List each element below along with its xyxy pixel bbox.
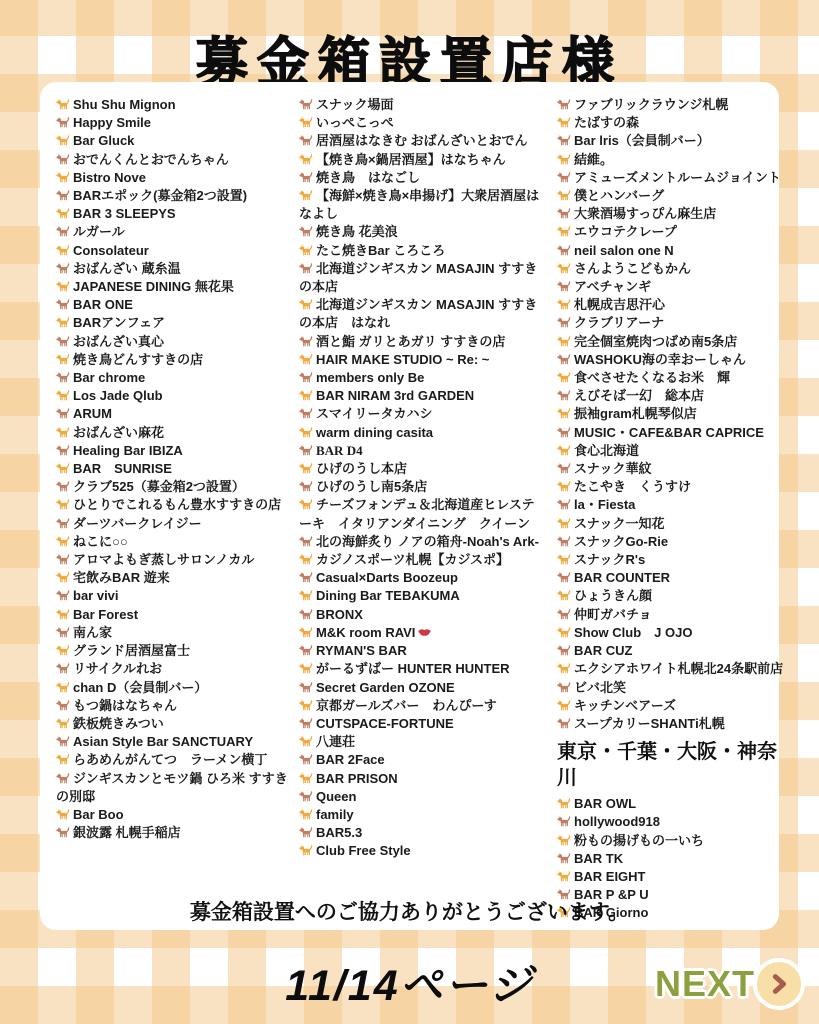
dog-icon [56, 224, 70, 238]
store-item: 【焼き鳥×鍋居酒屋】はなちゃん [299, 151, 547, 169]
store-name: BAR SUNRISE [73, 461, 172, 476]
store-item: おでんくんとおでんちゃん [56, 151, 289, 169]
dog-icon [56, 680, 70, 694]
store-item: Show Club J OJO [557, 624, 777, 642]
dog-icon [56, 698, 70, 712]
store-name: ねこに○○ [73, 534, 128, 549]
dog-icon [299, 643, 313, 657]
store-name: Bar Boo [73, 807, 124, 822]
dog-icon [557, 552, 571, 566]
store-item: 大衆酒場すっぴん麻生店 [557, 205, 777, 223]
store-item: さんようこどもかん [557, 260, 777, 278]
store-name: HAIR MAKE STUDIO ~ Re: ~ [316, 352, 489, 367]
dog-icon [557, 814, 571, 828]
store-name: 【焼き鳥×鍋居酒屋】はなちゃん [316, 152, 506, 167]
dog-icon [557, 370, 571, 384]
store-item: BAR 3 SLEEPYS [56, 205, 289, 223]
store-name: 宅飲みBAR 遊来 [73, 570, 170, 585]
store-item: クラブ525（募金箱2つ設置） [56, 478, 289, 496]
dog-icon [557, 243, 571, 257]
store-item: BAR D4 [299, 442, 547, 460]
store-item: たこ焼きBar ころころ [299, 242, 547, 260]
dog-icon [557, 497, 571, 511]
store-item: キッチンベアーズ [557, 697, 777, 715]
dog-icon [299, 570, 313, 584]
store-item: MUSIC・CAFE&BAR CAPRICE [557, 424, 777, 442]
store-item: BAR CUZ [557, 642, 777, 660]
store-item: BARアンフェア [56, 314, 289, 332]
store-item: BAR 2Face [299, 751, 547, 769]
store-item: エクシアホワイト札幌北24条駅前店 [557, 660, 777, 678]
dog-icon [557, 170, 571, 184]
store-item: 八連荘 [299, 733, 547, 751]
store-item: HAIR MAKE STUDIO ~ Re: ~ [299, 351, 547, 369]
dog-icon [557, 643, 571, 657]
store-item: クラブリアーナ [557, 314, 777, 332]
store-item: ビバ北笑 [557, 679, 777, 697]
dog-icon [56, 188, 70, 202]
store-name: BAR COUNTER [574, 570, 670, 585]
dog-icon [56, 570, 70, 584]
dog-icon [299, 406, 313, 420]
dog-icon [557, 851, 571, 865]
store-item: Los Jade Qlub [56, 387, 289, 405]
store-name: エウコテクレープ [574, 224, 677, 239]
store-item: チーズフォンデュ＆北海道産ヒレステーキ イタリアンダイニング クイーン [299, 496, 547, 532]
store-item: 焼き鳥 はなごし [299, 169, 547, 187]
store-item: 北海道ジンギスカン MASAJIN すすきの本店 [299, 260, 547, 296]
chevron-right-icon [768, 973, 790, 995]
store-name: 【海鮮×焼き鳥×串揚げ】大衆居酒屋はなよし [299, 188, 539, 221]
store-item: 振袖gram札幌琴似店 [557, 405, 777, 423]
dog-icon [299, 443, 313, 457]
store-name: 焼き鳥 はなごし [316, 170, 420, 185]
dog-icon [299, 97, 313, 111]
store-name: Secret Garden OZONE [316, 680, 455, 695]
dog-icon [299, 297, 313, 311]
dog-icon [557, 461, 571, 475]
dog-icon [56, 534, 70, 548]
dog-icon [299, 789, 313, 803]
store-name: 北海道ジンギスカン MASAJIN すすきの本店 [299, 261, 537, 294]
store-name: スナックGo-Rie [574, 534, 668, 549]
store-item: がーるずばー HUNTER HUNTER [299, 660, 547, 678]
store-item: ひげのうし南5条店 [299, 478, 547, 496]
store-name: らあめんがんてつ ラーメン横丁 [73, 752, 267, 767]
store-item: BAR PRISON [299, 770, 547, 788]
store-item: RYMAN'S BAR [299, 642, 547, 660]
dog-icon [56, 771, 70, 785]
dog-icon [56, 643, 70, 657]
dog-icon [56, 552, 70, 566]
store-name: 仲町ガバチョ [574, 607, 652, 622]
dog-icon [56, 497, 70, 511]
store-name: CUTSPACE-FORTUNE [316, 716, 454, 731]
dog-icon [299, 261, 313, 275]
dog-icon [56, 115, 70, 129]
store-name: M&K room RAVI [316, 625, 415, 640]
store-item: スナックGo-Rie [557, 533, 777, 551]
store-name: family [316, 807, 354, 822]
store-item: Consolateur [56, 242, 289, 260]
store-name: BAR 3 SLEEPYS [73, 206, 176, 221]
dog-icon [299, 352, 313, 366]
store-name: たこ焼きBar ころころ [316, 243, 445, 258]
store-name: 北の海鮮炙り ノアの箱舟-Noah's Ark- [316, 534, 539, 549]
store-name: members only Be [316, 370, 424, 385]
dog-icon [56, 170, 70, 184]
dog-icon [56, 406, 70, 420]
dog-icon [299, 152, 313, 166]
store-name: BAR D4 [316, 443, 363, 458]
store-name: BAR PRISON [316, 771, 398, 786]
store-name: 僕とハンバーグ [574, 188, 664, 203]
dog-icon [557, 352, 571, 366]
store-item: スナック場面 [299, 96, 547, 114]
store-name: JAPANESE DINING 無花果 [73, 279, 234, 294]
dog-icon [299, 188, 313, 202]
dog-icon [299, 825, 313, 839]
dog-icon [56, 97, 70, 111]
store-list-panel: Shu Shu MignonHappy SmileBar Gluckおでんくんと… [40, 82, 779, 930]
store-item: Bar lris（会員制バー） [557, 132, 777, 150]
dog-icon [557, 206, 571, 220]
store-name: アミューズメントルームジョイント [574, 170, 781, 185]
store-name: Bar lris（会員制バー） [574, 133, 710, 148]
dog-icon [299, 607, 313, 621]
store-item: 仲町ガバチョ [557, 606, 777, 624]
store-name: 食心北海道 [574, 443, 639, 458]
store-item: アミューズメントルームジョイント [557, 169, 777, 187]
store-name: BAR ONE [73, 297, 133, 312]
dog-icon [56, 588, 70, 602]
store-item: スナック一知花 [557, 515, 777, 533]
store-name: 大衆酒場すっぴん麻生店 [574, 206, 716, 221]
dog-icon [557, 516, 571, 530]
store-name: Dining Bar TEBAKUMA [316, 588, 460, 603]
store-name: Bar chrome [73, 370, 145, 385]
store-name: Los Jade Qlub [73, 388, 163, 403]
store-item: ひとりでこれるもん豊水すすきの店 [56, 496, 289, 514]
dog-icon [299, 479, 313, 493]
dog-icon [56, 297, 70, 311]
store-item: bar vivi [56, 587, 289, 605]
store-name: 振袖gram札幌琴似店 [574, 406, 697, 421]
store-item: 完全個室焼肉つばめ南5条店 [557, 333, 777, 351]
store-name: 完全個室焼肉つばめ南5条店 [574, 334, 737, 349]
store-name: BAR NIRAM 3rd GARDEN [316, 388, 474, 403]
dog-icon [299, 461, 313, 475]
store-item: hollywood918 [557, 813, 777, 831]
dog-icon [56, 461, 70, 475]
dog-icon [299, 334, 313, 348]
dog-icon [56, 752, 70, 766]
store-name: WASHOKU海の幸おーしゃん [574, 352, 746, 367]
store-item: ひょうきん顔 [557, 587, 777, 605]
dog-icon [557, 97, 571, 111]
store-item: えびそば一幻 総本店 [557, 387, 777, 405]
store-name: MUSIC・CAFE&BAR CAPRICE [574, 425, 764, 440]
store-item: 食べさせたくなるお米 輝 [557, 369, 777, 387]
dog-icon [299, 752, 313, 766]
store-name: warm dining casita [316, 425, 433, 440]
store-item: 京都ガールズバー わんぴーす [299, 697, 547, 715]
dog-icon [299, 661, 313, 675]
store-name: キッチンベアーズ [574, 698, 676, 713]
dog-icon [56, 807, 70, 821]
store-name: 札幌成吉思汗心 [574, 297, 665, 312]
thanks-message: 募金箱設置へのご協力ありがとうございます。 [40, 896, 779, 926]
store-item: 居酒屋はなきむ おばんざいとおでん [299, 132, 547, 150]
store-item: 南ん家 [56, 624, 289, 642]
store-name: 北海道ジンギスカン MASAJIN すすきの本店 はなれ [299, 297, 537, 330]
dog-icon [299, 698, 313, 712]
store-item: リサイクルれお [56, 660, 289, 678]
store-name: ひょうきん顔 [574, 588, 652, 603]
store-item: BAR ONE [56, 296, 289, 314]
store-name: BAR CUZ [574, 643, 633, 658]
store-name: BAR5.3 [316, 825, 362, 840]
region-subheading: 東京・千葉・大阪・神奈川 [557, 739, 777, 791]
store-item: ひげのうし本店 [299, 460, 547, 478]
store-item: BAR NIRAM 3rd GARDEN [299, 387, 547, 405]
dog-icon [557, 588, 571, 602]
dog-icon [56, 479, 70, 493]
store-name: Queen [316, 789, 356, 804]
store-item: 粉もの揚げもの一いち [557, 832, 777, 850]
dog-icon [299, 843, 313, 857]
dog-icon [557, 716, 571, 730]
store-item: BRONX [299, 606, 547, 624]
store-item: 鉄板焼きみつい [56, 715, 289, 733]
dog-icon [299, 243, 313, 257]
store-name: リサイクルれお [73, 661, 162, 676]
next-button-label: NEXT [655, 963, 755, 1005]
store-name: BARアンフェア [73, 315, 165, 330]
store-name: BARエポック(募金箱2つ設置) [73, 188, 247, 203]
store-name: bar vivi [73, 588, 119, 603]
dog-icon [557, 570, 571, 584]
dog-icon [557, 869, 571, 883]
store-item: おばんざい 蔵糸温 [56, 260, 289, 278]
store-column-1: Shu Shu MignonHappy SmileBar Gluckおでんくんと… [56, 96, 289, 923]
store-name: たこやき くうすけ [574, 479, 691, 494]
store-item: Bar Boo [56, 806, 289, 824]
dog-icon [557, 152, 571, 166]
store-name: もつ鍋はなちゃん [73, 698, 177, 713]
store-name: ひげのうし本店 [316, 461, 407, 476]
dog-icon [56, 315, 70, 329]
store-column-3: ファブリックラウンジ札幌たばすの森Bar lris（会員制バー）結維。アミューズ… [557, 96, 777, 923]
store-name: グランド居酒屋富士 [73, 643, 190, 658]
store-item: Bar Forest [56, 606, 289, 624]
dog-icon [557, 661, 571, 675]
dog-icon [557, 406, 571, 420]
store-item: family [299, 806, 547, 824]
store-item: Secret Garden OZONE [299, 679, 547, 697]
dog-icon [299, 224, 313, 238]
store-item: おばんざい麻花 [56, 424, 289, 442]
store-name: スープカリーSHANTi札幌 [574, 716, 725, 731]
store-name: カジノスポーツ札幌【カジスポ】 [316, 552, 509, 567]
store-item: 銀波露 札幌手稲店 [56, 824, 289, 842]
dog-icon [299, 534, 313, 548]
store-name: ビバ北笑 [574, 680, 626, 695]
store-item: エウコテクレープ [557, 223, 777, 241]
store-name: 食べさせたくなるお米 輝 [574, 370, 730, 385]
store-item: 結維。 [557, 151, 777, 169]
store-item: BAR OWL [557, 795, 777, 813]
store-name: BAR TK [574, 851, 623, 866]
store-name: BAR EIGHT [574, 869, 646, 884]
store-item: スナックR's [557, 551, 777, 569]
store-item: たばすの森 [557, 114, 777, 132]
store-item: ルガール [56, 223, 289, 241]
dog-icon [56, 825, 70, 839]
store-item: 北の海鮮炙り ノアの箱舟-Noah's Ark- [299, 533, 547, 551]
store-name: ファブリックラウンジ札幌 [574, 97, 728, 112]
store-item: Queen [299, 788, 547, 806]
dog-icon [557, 698, 571, 712]
store-item: 焼き鳥どんすすきの店 [56, 351, 289, 369]
store-name: 南ん家 [73, 625, 112, 640]
dog-icon [557, 388, 571, 402]
dog-icon [56, 370, 70, 384]
store-name: Bistro Nove [73, 170, 146, 185]
store-item: いっぺこっぺ [299, 114, 547, 132]
store-name: RYMAN'S BAR [316, 643, 407, 658]
store-item: 宅飲みBAR 遊来 [56, 569, 289, 587]
store-name: 粉もの揚げもの一いち [574, 833, 704, 848]
dog-icon [299, 625, 313, 639]
next-circle [753, 958, 805, 1010]
store-item: アロマよもぎ蒸しサロンノカル [56, 551, 289, 569]
store-item: BAR TK [557, 850, 777, 868]
store-item: CUTSPACE-FORTUNE [299, 715, 547, 733]
store-name: えびそば一幻 総本店 [574, 388, 704, 403]
dog-icon [56, 734, 70, 748]
dog-icon [56, 661, 70, 675]
dog-icon [56, 206, 70, 220]
dog-icon [557, 334, 571, 348]
dog-icon [557, 625, 571, 639]
store-item: BARエポック(募金箱2つ設置) [56, 187, 289, 205]
dog-icon [56, 516, 70, 530]
store-item: chan D（会員制バー） [56, 679, 289, 697]
store-item: 食心北海道 [557, 442, 777, 460]
store-item: M&K room RAVI [299, 624, 547, 642]
store-item: Dining Bar TEBAKUMA [299, 587, 547, 605]
store-item: ねこに○○ [56, 533, 289, 551]
store-name: 酒と鮨 ガリとあガリ すすきの店 [316, 334, 505, 349]
dog-icon [299, 716, 313, 730]
dog-icon [299, 807, 313, 821]
store-item: Bistro Nove [56, 169, 289, 187]
store-item: 札幌成吉思汗心 [557, 296, 777, 314]
store-name: おでんくんとおでんちゃん [73, 152, 229, 167]
store-item: Bar chrome [56, 369, 289, 387]
store-name: スナック場面 [316, 97, 393, 112]
dog-icon [56, 279, 70, 293]
store-item: ダーツバークレイジー [56, 515, 289, 533]
dog-icon [299, 388, 313, 402]
store-item: 【海鮮×焼き鳥×串揚げ】大衆居酒屋はなよし [299, 187, 547, 223]
store-item: おばんざい真心 [56, 333, 289, 351]
store-item: カジノスポーツ札幌【カジスポ】 [299, 551, 547, 569]
dog-icon [299, 170, 313, 184]
store-name: 結維。 [574, 152, 613, 167]
store-item: もつ鍋はなちゃん [56, 697, 289, 715]
store-item: WASHOKU海の幸おーしゃん [557, 351, 777, 369]
store-name: ARUM [73, 406, 112, 421]
store-name: Healing Bar IBIZA [73, 443, 183, 458]
dog-icon [299, 425, 313, 439]
store-name: chan D（会員制バー） [73, 680, 207, 695]
store-name: おばんざい 蔵糸温 [73, 261, 181, 276]
dog-icon [56, 425, 70, 439]
store-name: アロマよもぎ蒸しサロンノカル [73, 552, 254, 567]
store-name: Casual×Darts Boozeup [316, 570, 458, 585]
store-name: neil salon one N [574, 243, 674, 258]
store-name: エクシアホワイト札幌北24条駅前店 [574, 661, 783, 676]
store-item: グランド居酒屋富士 [56, 642, 289, 660]
store-name: おばんざい麻花 [73, 425, 164, 440]
dog-icon [557, 479, 571, 493]
store-item: BAR SUNRISE [56, 460, 289, 478]
store-name: ジンギスカンとモツ鍋 ひろ米 すすきの別邸 [56, 771, 288, 804]
store-item: JAPANESE DINING 無花果 [56, 278, 289, 296]
dog-icon [56, 625, 70, 639]
dog-icon [557, 443, 571, 457]
dog-icon [299, 680, 313, 694]
store-name: Happy Smile [73, 115, 151, 130]
store-name: スナック一知花 [574, 516, 664, 531]
store-item: Shu Shu Mignon [56, 96, 289, 114]
store-columns: Shu Shu MignonHappy SmileBar Gluckおでんくんと… [40, 82, 779, 923]
store-name: たばすの森 [574, 115, 639, 130]
store-item: Happy Smile [56, 114, 289, 132]
next-button[interactable]: NEXT [655, 958, 805, 1010]
store-item: たこやき くうすけ [557, 478, 777, 496]
store-name: Asian Style Bar SANCTUARY [73, 734, 253, 749]
dog-icon [299, 771, 313, 785]
store-item: ファブリックラウンジ札幌 [557, 96, 777, 114]
store-name: Club Free Style [316, 843, 411, 858]
dog-icon [299, 497, 313, 511]
store-name: Bar Gluck [73, 133, 134, 148]
store-item: 酒と鮨 ガリとあガリ すすきの店 [299, 333, 547, 351]
store-name: 京都ガールズバー わんぴーす [316, 698, 497, 713]
store-name: スナックR's [574, 552, 645, 567]
dog-icon [299, 133, 313, 147]
store-item: BAR EIGHT [557, 868, 777, 886]
store-name: Shu Shu Mignon [73, 97, 176, 112]
store-item: スープカリーSHANTi札幌 [557, 715, 777, 733]
dog-icon [557, 133, 571, 147]
store-name: ルガール [73, 224, 125, 239]
dog-icon [557, 188, 571, 202]
store-name: がーるずばー HUNTER HUNTER [316, 661, 510, 676]
dog-icon [557, 425, 571, 439]
dog-icon [557, 297, 571, 311]
store-name: BAR OWL [574, 796, 636, 811]
store-item: らあめんがんてつ ラーメン横丁 [56, 751, 289, 769]
store-item: Club Free Style [299, 842, 547, 860]
store-name: BAR 2Face [316, 752, 385, 767]
store-name: いっぺこっぺ [316, 115, 394, 130]
dog-icon [557, 534, 571, 548]
store-item: Casual×Darts Boozeup [299, 569, 547, 587]
